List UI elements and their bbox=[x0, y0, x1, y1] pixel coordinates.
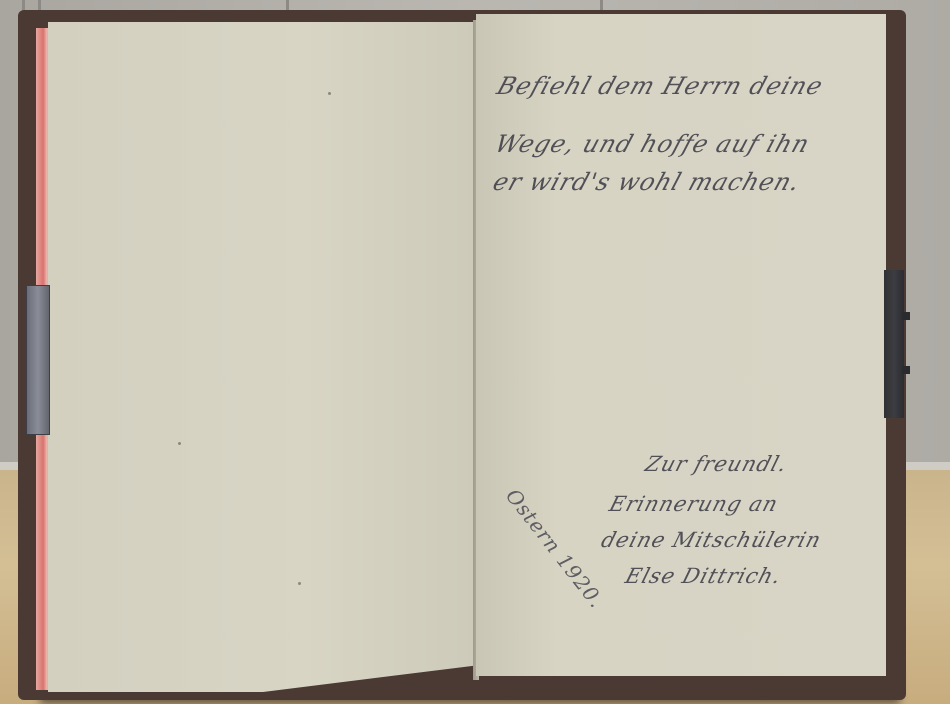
dedication-line: Zur freundl. bbox=[643, 452, 791, 476]
clasp-tooth bbox=[902, 312, 910, 320]
metal-clasp-left bbox=[26, 285, 50, 435]
dedication-line: deine Mitschülerin bbox=[599, 528, 825, 552]
metal-clasp-right bbox=[884, 270, 904, 418]
date-note: Ostern 1920. bbox=[501, 484, 609, 613]
verse-line: Wege, und hoffe auf ihn bbox=[491, 130, 813, 158]
clasp-tooth bbox=[902, 366, 910, 374]
signature: Else Dittrich. bbox=[623, 564, 785, 588]
paper-speck bbox=[178, 442, 181, 445]
verse-line: er wird's wohl machen. bbox=[489, 168, 804, 196]
photo-scene: Befiehl dem Herrn deine Wege, und hoffe … bbox=[0, 0, 950, 704]
right-page: Befiehl dem Herrn deine Wege, und hoffe … bbox=[476, 14, 886, 676]
paper-speck bbox=[328, 92, 331, 95]
left-page bbox=[48, 22, 478, 692]
dedication-line: Erinnerung an bbox=[607, 492, 782, 516]
paper-speck bbox=[298, 582, 301, 585]
verse-line: Befiehl dem Herrn deine bbox=[493, 72, 826, 100]
